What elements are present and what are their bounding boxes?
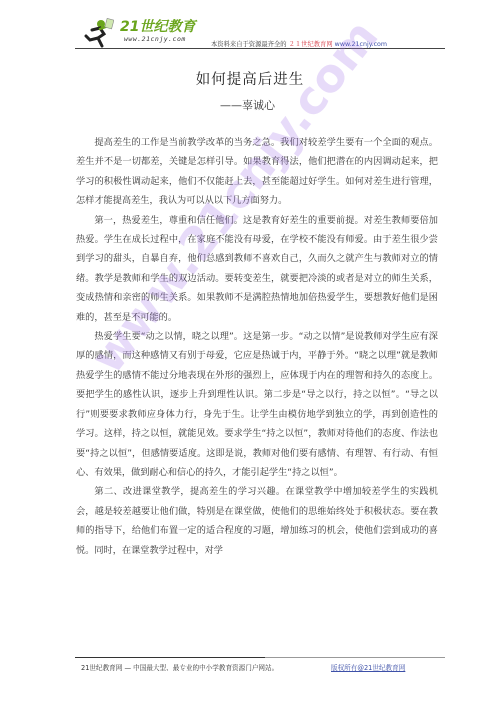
document-author: ——辜诚心 [220, 97, 275, 113]
paragraph: 第一，热爱差生，尊重和信任他们。这是教育好差生的重要前提。对差生教师要倍加热爱。… [76, 211, 438, 327]
paragraph: 热爱学生要“动之以情，晓之以理”。这是第一步。“动之以情”是说教师对学生应有深厚… [76, 327, 438, 482]
source-brand[interactable]: ２１世纪教育网 [289, 41, 333, 48]
site-logo[interactable]: 21世纪教育 www.21cnjy.com [84, 14, 204, 48]
paragraph: 提高差生的工作是当前教学改革的当务之急。我们对较差学生要有一个全面的观点。差生并… [76, 133, 438, 211]
header-source-line: 本资料来自于资源最齐全的 ２１世纪教育网 www.21cnjy.com [211, 39, 387, 48]
source-prefix: 本资料来自于资源最齐全的 [211, 41, 287, 48]
header-divider [75, 48, 445, 49]
runner-logo-icon [84, 18, 114, 48]
paragraph: 第二、改进课堂教学，提高差生的学习兴趣。在课堂教学中增加较差学生的实践机会，越是… [76, 482, 438, 560]
page-header: 21世纪教育 www.21cnjy.com 本资料来自于资源最齐全的 ２１世纪教… [75, 14, 445, 50]
footer-text: 21世纪教育网 — 中国最大型、最专业的中小学教育资源门户网站。 [81, 662, 278, 672]
logo-title: 21世纪教育 [120, 16, 195, 36]
footer-copyright-link[interactable]: 版权所有@21世纪教育网 [331, 662, 405, 672]
document-title: 如何提高后进生 [0, 68, 500, 89]
document-body: 提高差生的工作是当前教学改革的当务之急。我们对较差学生要有一个全面的观点。差生并… [76, 133, 438, 560]
logo-url: www.21cnjy.com [124, 35, 186, 43]
footer-divider-accent [75, 657, 265, 658]
source-site-link[interactable]: www.21cnjy.com [335, 41, 387, 48]
